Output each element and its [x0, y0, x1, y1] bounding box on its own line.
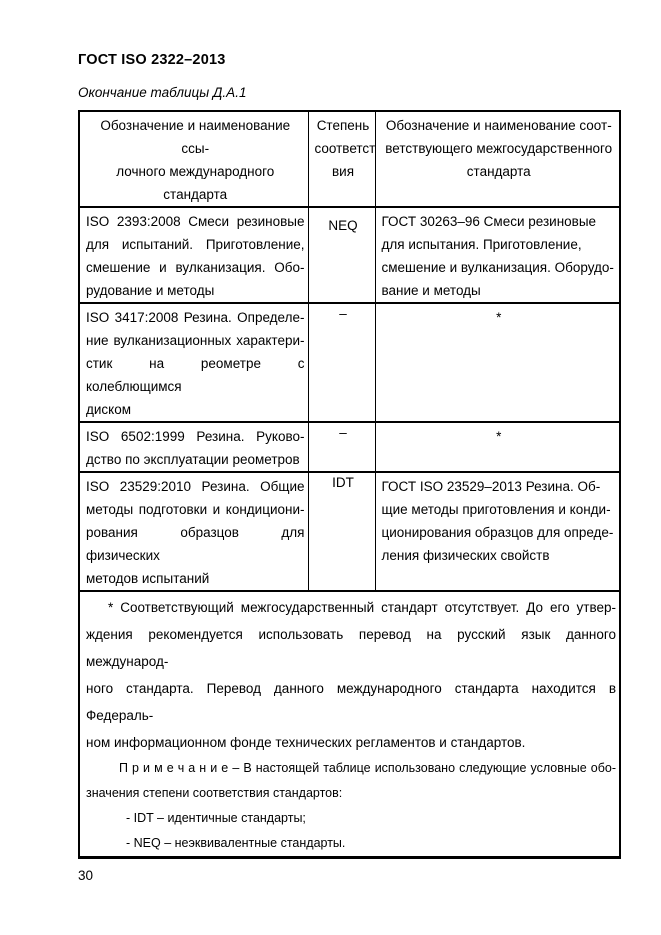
cell-line: диском [86, 398, 305, 421]
cell-line: рования образцов для физических [86, 521, 305, 567]
table-row: ISO 23529:2010 Резина. Общие методы подг… [79, 472, 620, 591]
correspondence-table: Обозначение и наименование ссы- лочного … [78, 110, 621, 859]
cell-line: дство по эксплуатации реометров [86, 448, 305, 471]
footnote-line: * Соответствующий межгосударственный ста… [86, 594, 616, 621]
cell-line: методы подготовки и кондициони- [86, 498, 305, 521]
cell-line: ние вулканизационных характери- [86, 329, 305, 352]
cell-line: щие методы приготовления и конди- [382, 498, 617, 521]
cell-line: вание и методы [382, 279, 617, 302]
header-line: лочного международного стандарта [86, 160, 305, 206]
cell-interstate-standard: ГОСТ 30263–96 Смеси резиновые для испыта… [375, 207, 620, 303]
cell-degree: – [308, 422, 375, 472]
cell-reference-standard: ISO 2393:2008 Смеси резиновые для испыта… [79, 207, 308, 303]
cell-line: * [382, 425, 617, 448]
table-row: ISO 6502:1999 Резина. Руково- дство по э… [79, 422, 620, 472]
header-line: Обозначение и наименование соот- [382, 114, 617, 137]
page-number: 30 [78, 868, 93, 883]
header-line: вия [315, 160, 372, 183]
doc-header: ГОСТ ISO 2322–2013 [78, 52, 226, 68]
table-header-row: Обозначение и наименование ссы- лочного … [79, 111, 620, 207]
note-line: - NEQ – неэквивалентные стандарты. [86, 831, 616, 856]
cell-line: стик на реометре с колеблющимся [86, 352, 305, 398]
table-notes-row: * Соответствующий межгосударственный ста… [79, 591, 620, 858]
cell-line: ISO 3417:2008 Резина. Определе- [86, 306, 305, 329]
table-row: ISO 3417:2008 Резина. Определе- ние вулк… [79, 303, 620, 422]
footnote-line: ждения рекомендуется использовать перево… [86, 621, 616, 675]
cell-interstate-standard: * [375, 422, 620, 472]
cell-line: для испытаний. Приготовление, [86, 233, 305, 256]
cell-degree: IDT [308, 472, 375, 591]
cell-line: смешение и вулканизация. Оборудо- [382, 256, 617, 279]
cell-line: для испытания. Приготовление, [382, 233, 617, 256]
cell-interstate-standard: * [375, 303, 620, 422]
header-line: стандарта [382, 160, 617, 183]
document-page: ГОСТ ISO 2322–2013 Окончание таблицы Д.А… [0, 0, 661, 935]
cell-line: ISO 23529:2010 Резина. Общие [86, 475, 305, 498]
table-row: ISO 2393:2008 Смеси резиновые для испыта… [79, 207, 620, 303]
cell-line: ГОСТ 30263–96 Смеси резиновые [382, 210, 617, 233]
note-line: - IDT – идентичные стандарты; [86, 806, 616, 831]
cell-line: ГОСТ ISO 23529–2013 Резина. Об- [382, 475, 617, 498]
header-cell-interstate-standard: Обозначение и наименование соот- ветству… [375, 111, 620, 207]
header-line: соответст- [315, 137, 372, 160]
cell-line: ISO 6502:1999 Резина. Руково- [86, 425, 305, 448]
cell-line: рудование и методы [86, 279, 305, 302]
cell-line: методов испытаний [86, 567, 305, 590]
cell-degree: NEQ [308, 207, 375, 303]
header-cell-reference-standard: Обозначение и наименование ссы- лочного … [79, 111, 308, 207]
cell-line: ционирования образцов для опреде- [382, 521, 617, 544]
note-line: П р и м е ч а н и е – В настоящей таблиц… [86, 756, 616, 781]
cell-line: смешение и вулканизация. Обо- [86, 256, 305, 279]
footnote-line: ном информационном фонде технических рег… [86, 729, 616, 756]
cell-reference-standard: ISO 3417:2008 Резина. Определе- ние вулк… [79, 303, 308, 422]
cell-line: * [382, 306, 617, 329]
header-line: Обозначение и наименование ссы- [86, 114, 305, 160]
header-line: Степень [315, 114, 372, 137]
cell-interstate-standard: ГОСТ ISO 23529–2013 Резина. Об- щие мето… [375, 472, 620, 591]
cell-line: ISO 2393:2008 Смеси резиновые [86, 210, 305, 233]
header-cell-degree: Степень соответст- вия [308, 111, 375, 207]
cell-degree: – [308, 303, 375, 422]
cell-reference-standard: ISO 23529:2010 Резина. Общие методы подг… [79, 472, 308, 591]
footnote-line: ного стандарта. Перевод данного междунар… [86, 675, 616, 729]
cell-reference-standard: ISO 6502:1999 Резина. Руково- дство по э… [79, 422, 308, 472]
table-caption: Окончание таблицы Д.А.1 [78, 85, 246, 100]
table-notes-cell: * Соответствующий межгосударственный ста… [79, 591, 620, 858]
note-line: значения степени соответствия стандартов… [86, 781, 616, 806]
header-line: ветствующего межгосударственного [382, 137, 617, 160]
cell-line: ления физических свойств [382, 544, 617, 567]
